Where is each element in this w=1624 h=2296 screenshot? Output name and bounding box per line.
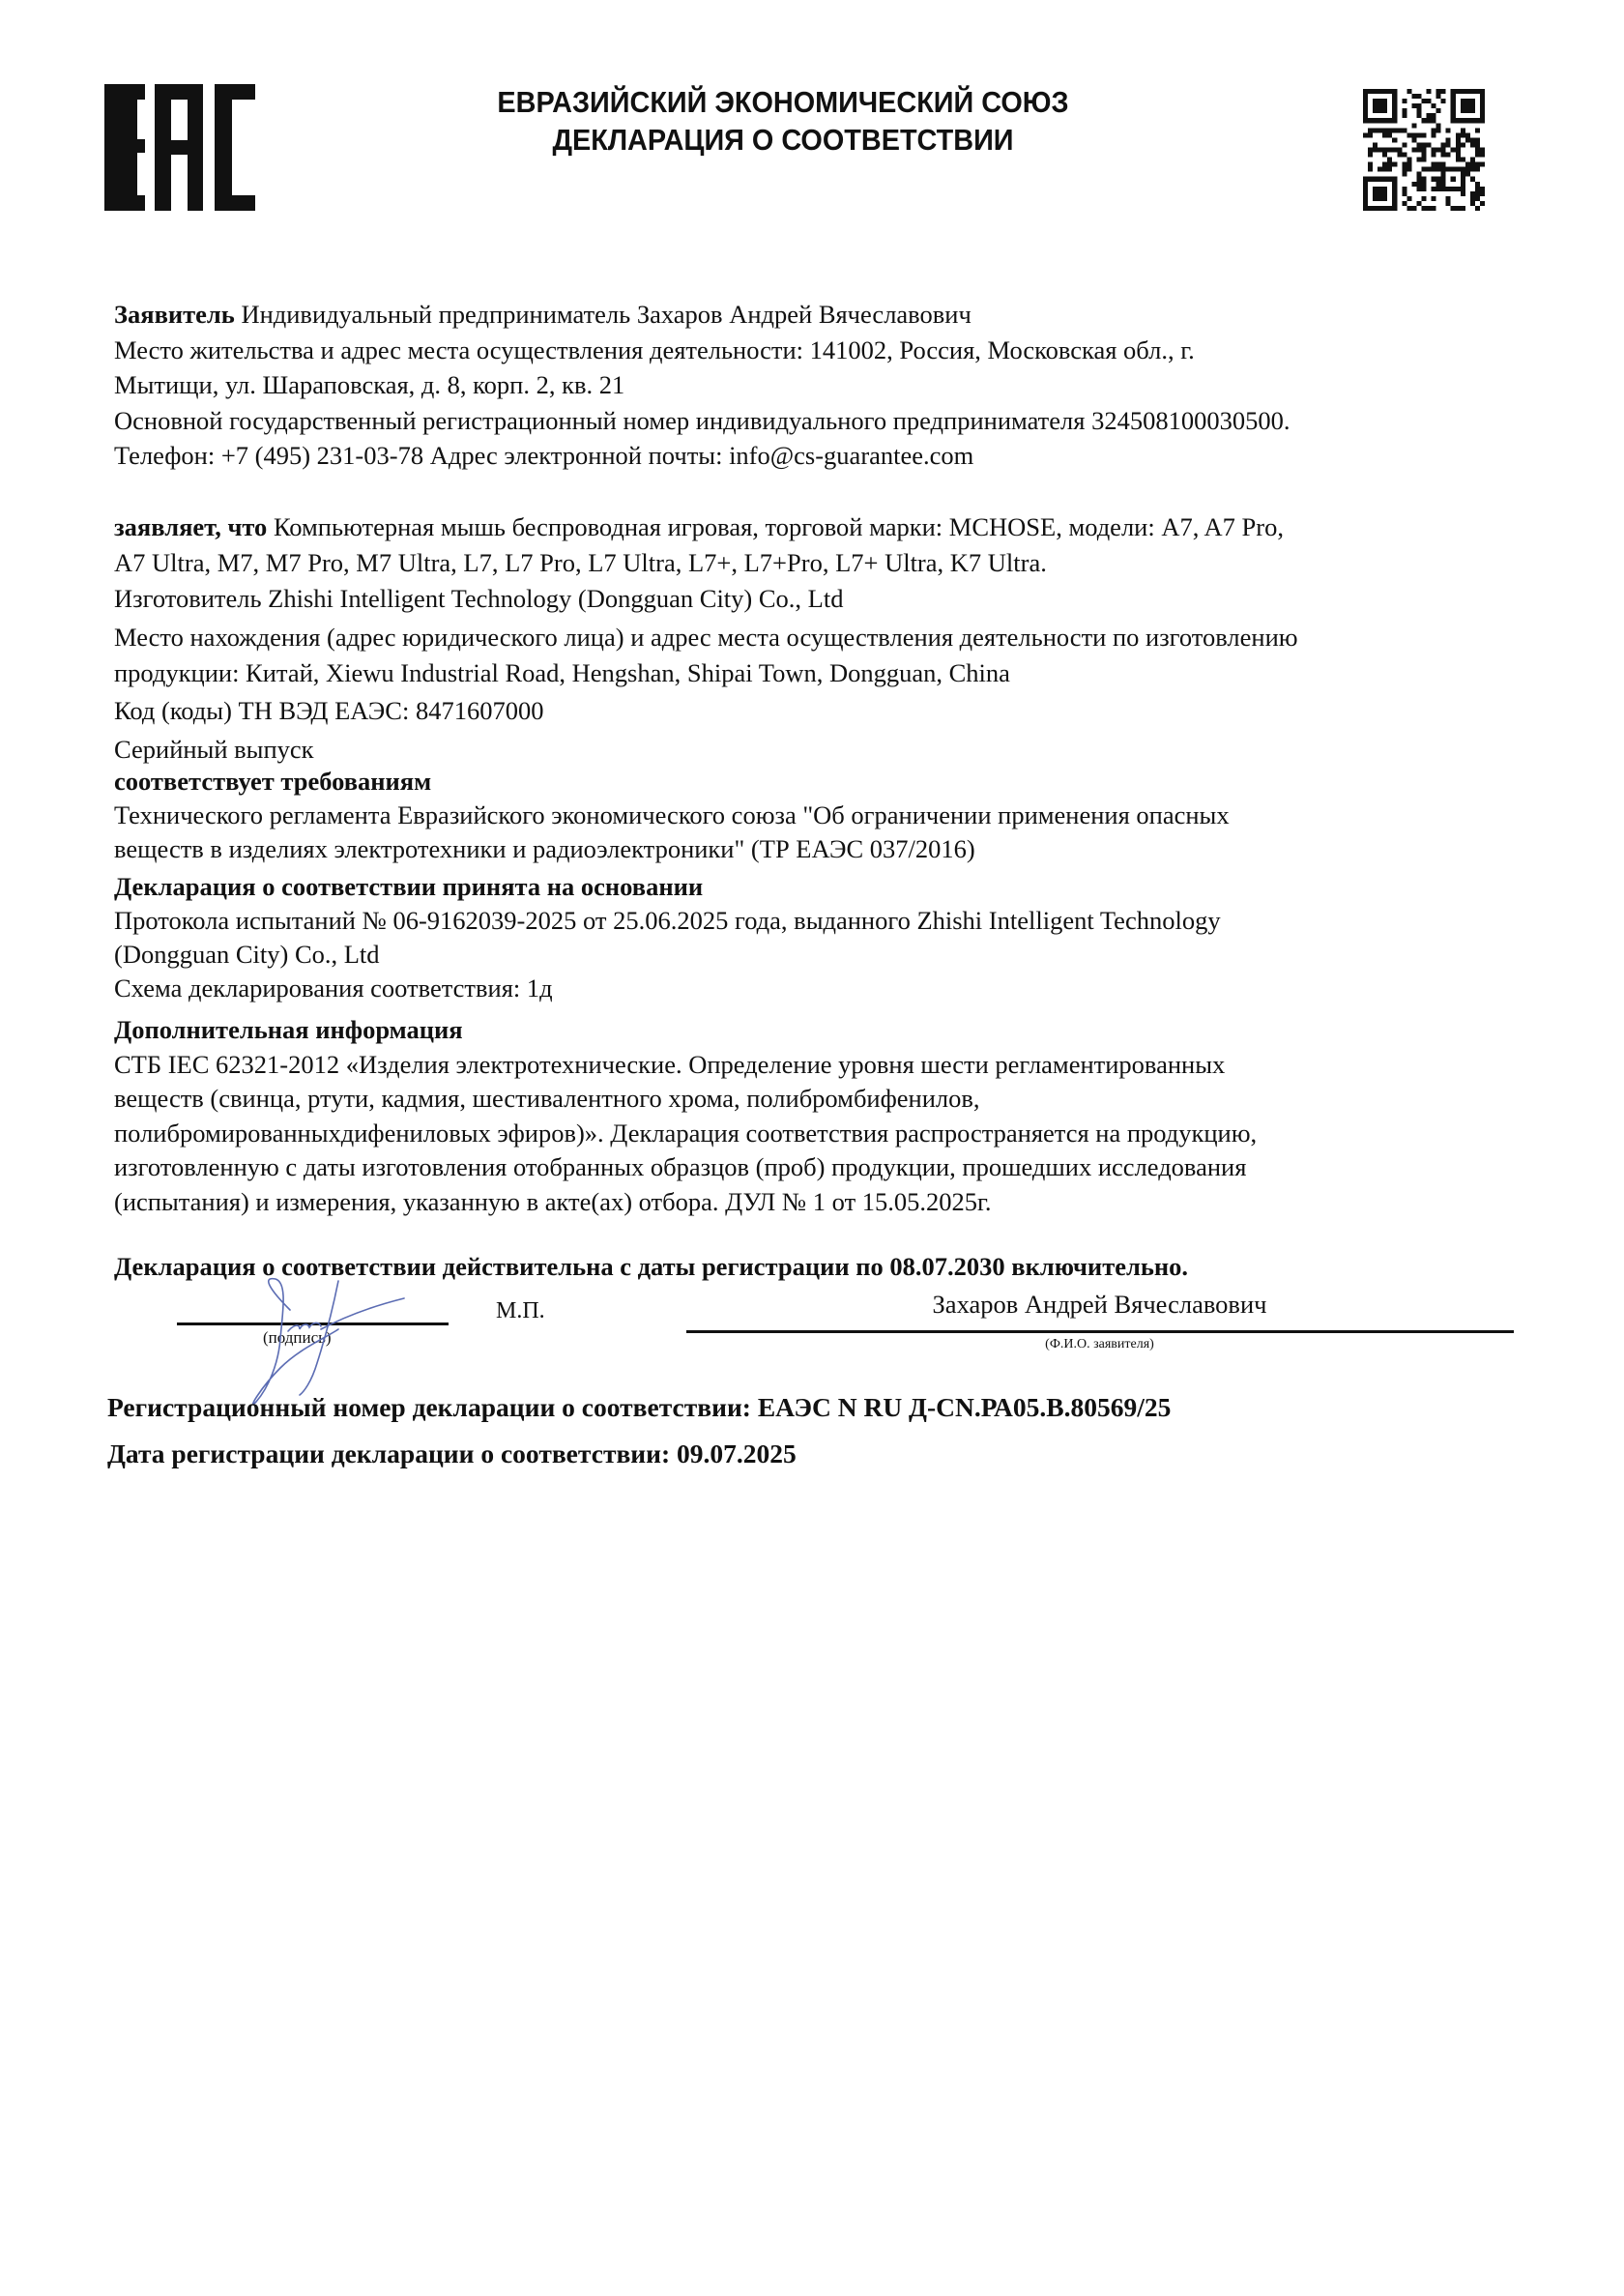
applicant-address-line1: Место жительства и адрес места осуществл… (114, 333, 1545, 368)
additional-info-line: (испытания) и измерения, указанную в акт… (114, 1185, 1545, 1220)
basis-line2: (Dongguan City) Co., Ltd (114, 938, 1545, 972)
additional-info-line: веществ (свинца, ртути, кадмия, шестивал… (114, 1082, 1545, 1117)
eac-logo (104, 84, 255, 211)
conforms-label: соответствует требованиям (114, 765, 1545, 799)
additional-info-label: Дополнительная информация (114, 1013, 1545, 1048)
declares-label: заявляет, что (114, 512, 267, 541)
applicant-contacts: Телефон: +7 (495) 231-03-78 Адрес электр… (114, 438, 1545, 474)
manufacturer-address-line1: Место нахождения (адрес юридического лиц… (114, 620, 1545, 655)
hs-code: Код (коды) ТН ВЭД ЕАЭС: 8471607000 (114, 693, 1545, 729)
declares-section: заявляет, что Компьютерная мышь беспрово… (114, 509, 1545, 580)
basis-label: Декларация о соответствии принята на осн… (114, 870, 1545, 904)
name-caption: (Ф.И.О. заявителя) (686, 1337, 1513, 1352)
applicant-ogrn: Основной государственный регистрационный… (114, 403, 1545, 439)
stamp-label: М.П. (496, 1298, 545, 1324)
manufacturer-address-line2: продукции: Китай, Xiewu Industrial Road,… (114, 655, 1545, 691)
applicant-address-line2: Мытищи, ул. Шараповская, д. 8, корп. 2, … (114, 367, 1545, 403)
document-title: ДЕКЛАРАЦИЯ О СООТВЕТСТВИИ (396, 123, 1170, 158)
basis-scheme: Схема декларирования соответствия: 1д (114, 972, 1545, 1005)
basis-section: Декларация о соответствии принята на осн… (114, 870, 1545, 1005)
product-line2: A7 Ultra, M7, M7 Pro, M7 Ultra, L7, L7 P… (114, 545, 1545, 581)
additional-info-section: Дополнительная информация СТБ IEC 62321-… (114, 1013, 1545, 1219)
additional-info-line: изготовленную с даты изготовления отобра… (114, 1150, 1545, 1185)
conforms-line1: Технического регламента Евразийского эко… (114, 799, 1545, 832)
handwritten-signature (232, 1271, 406, 1407)
basis-line1: Протокола испытаний № 06-9162039-2025 от… (114, 904, 1545, 938)
additional-info-line: полибромированныхдифениловых эфиров)». Д… (114, 1117, 1545, 1151)
conforms-line2: веществ в изделиях электротехники и ради… (114, 832, 1545, 866)
applicant-name-value: Захаров Андрей Вячеславович (686, 1290, 1513, 1320)
qr-code-icon[interactable] (1363, 89, 1485, 211)
product-line1: Компьютерная мышь беспроводная игровая, … (274, 512, 1284, 541)
additional-info-line: СТБ IEC 62321-2012 «Изделия электротехни… (114, 1048, 1545, 1083)
applicant-name: Индивидуальный предприниматель Захаров А… (241, 300, 971, 329)
name-line (686, 1330, 1514, 1333)
applicant-section: Заявитель Индивидуальный предприниматель… (114, 297, 1545, 474)
union-title: ЕВРАЗИЙСКИЙ ЭКОНОМИЧЕСКИЙ СОЮЗ (396, 85, 1170, 120)
conforms-section: соответствует требованиям Технического р… (114, 765, 1545, 866)
registration-date: Дата регистрации декларации о соответств… (107, 1439, 797, 1469)
registration-number: Регистрационный номер декларации о соотв… (107, 1392, 1171, 1423)
production-type: Серийный выпуск (114, 732, 1545, 768)
manufacturer-line: Изготовитель Zhishi Intelligent Technolo… (114, 581, 1545, 617)
applicant-label: Заявитель (114, 300, 235, 329)
manufacturer-address: Место нахождения (адрес юридического лиц… (114, 620, 1545, 690)
